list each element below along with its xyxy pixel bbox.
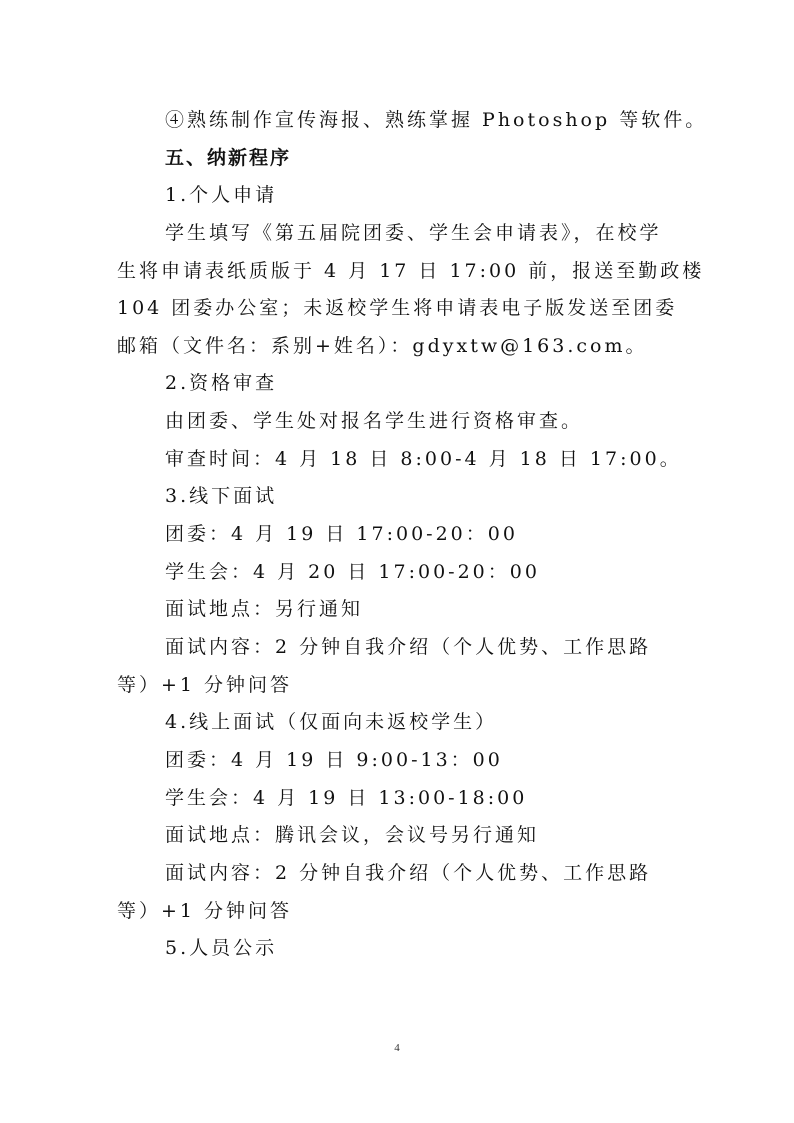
page-number: 4: [0, 1042, 794, 1054]
text-line: 等）+1 分钟问答: [117, 898, 677, 924]
document-page: ④熟练制作宣传海报、熟练掌握 Photoshop 等软件。五、纳新程序1.个人申…: [0, 0, 794, 1123]
text-line: 面试内容：2 分钟自我介绍（个人优势、工作思路: [165, 634, 725, 660]
text-line: 生将申请表纸质版于 4 月 17 日 17:00 前，报送至勤政楼: [117, 258, 677, 284]
text-line: 邮箱（文件名：系别+姓名）：gdyxtw@163.com。: [117, 333, 677, 359]
text-line: 面试地点：另行通知: [165, 596, 725, 622]
text-line: ④熟练制作宣传海报、熟练掌握 Photoshop 等软件。: [165, 107, 725, 133]
text-line: 学生填写《第五届院团委、学生会申请表》，在校学: [165, 220, 725, 246]
text-line: 1.个人申请: [165, 182, 725, 208]
text-line: 104 团委办公室；未返校学生将申请表电子版发送至团委: [117, 295, 677, 321]
text-line: 由团委、学生处对报名学生进行资格审查。: [165, 408, 725, 434]
section-heading: 五、纳新程序: [165, 145, 725, 171]
text-line: 团委：4 月 19 日 9:00-13：00: [165, 747, 725, 773]
text-line: 审查时间：4 月 18 日 8:00-4 月 18 日 17:00。: [165, 446, 725, 472]
text-line: 团委：4 月 19 日 17:00-20：00: [165, 521, 725, 547]
text-line: 等）+1 分钟问答: [117, 672, 677, 698]
text-line: 4.线上面试（仅面向未返校学生）: [165, 709, 725, 735]
text-line: 学生会：4 月 19 日 13:00-18:00: [165, 785, 725, 811]
text-line: 学生会：4 月 20 日 17:00-20：00: [165, 559, 725, 585]
text-line: 3.线下面试: [165, 483, 725, 509]
text-line: 面试地点：腾讯会议，会议号另行通知: [165, 822, 725, 848]
text-line: 5.人员公示: [165, 935, 725, 961]
text-line: 2.资格审查: [165, 370, 725, 396]
text-line: 面试内容：2 分钟自我介绍（个人优势、工作思路: [165, 860, 725, 886]
